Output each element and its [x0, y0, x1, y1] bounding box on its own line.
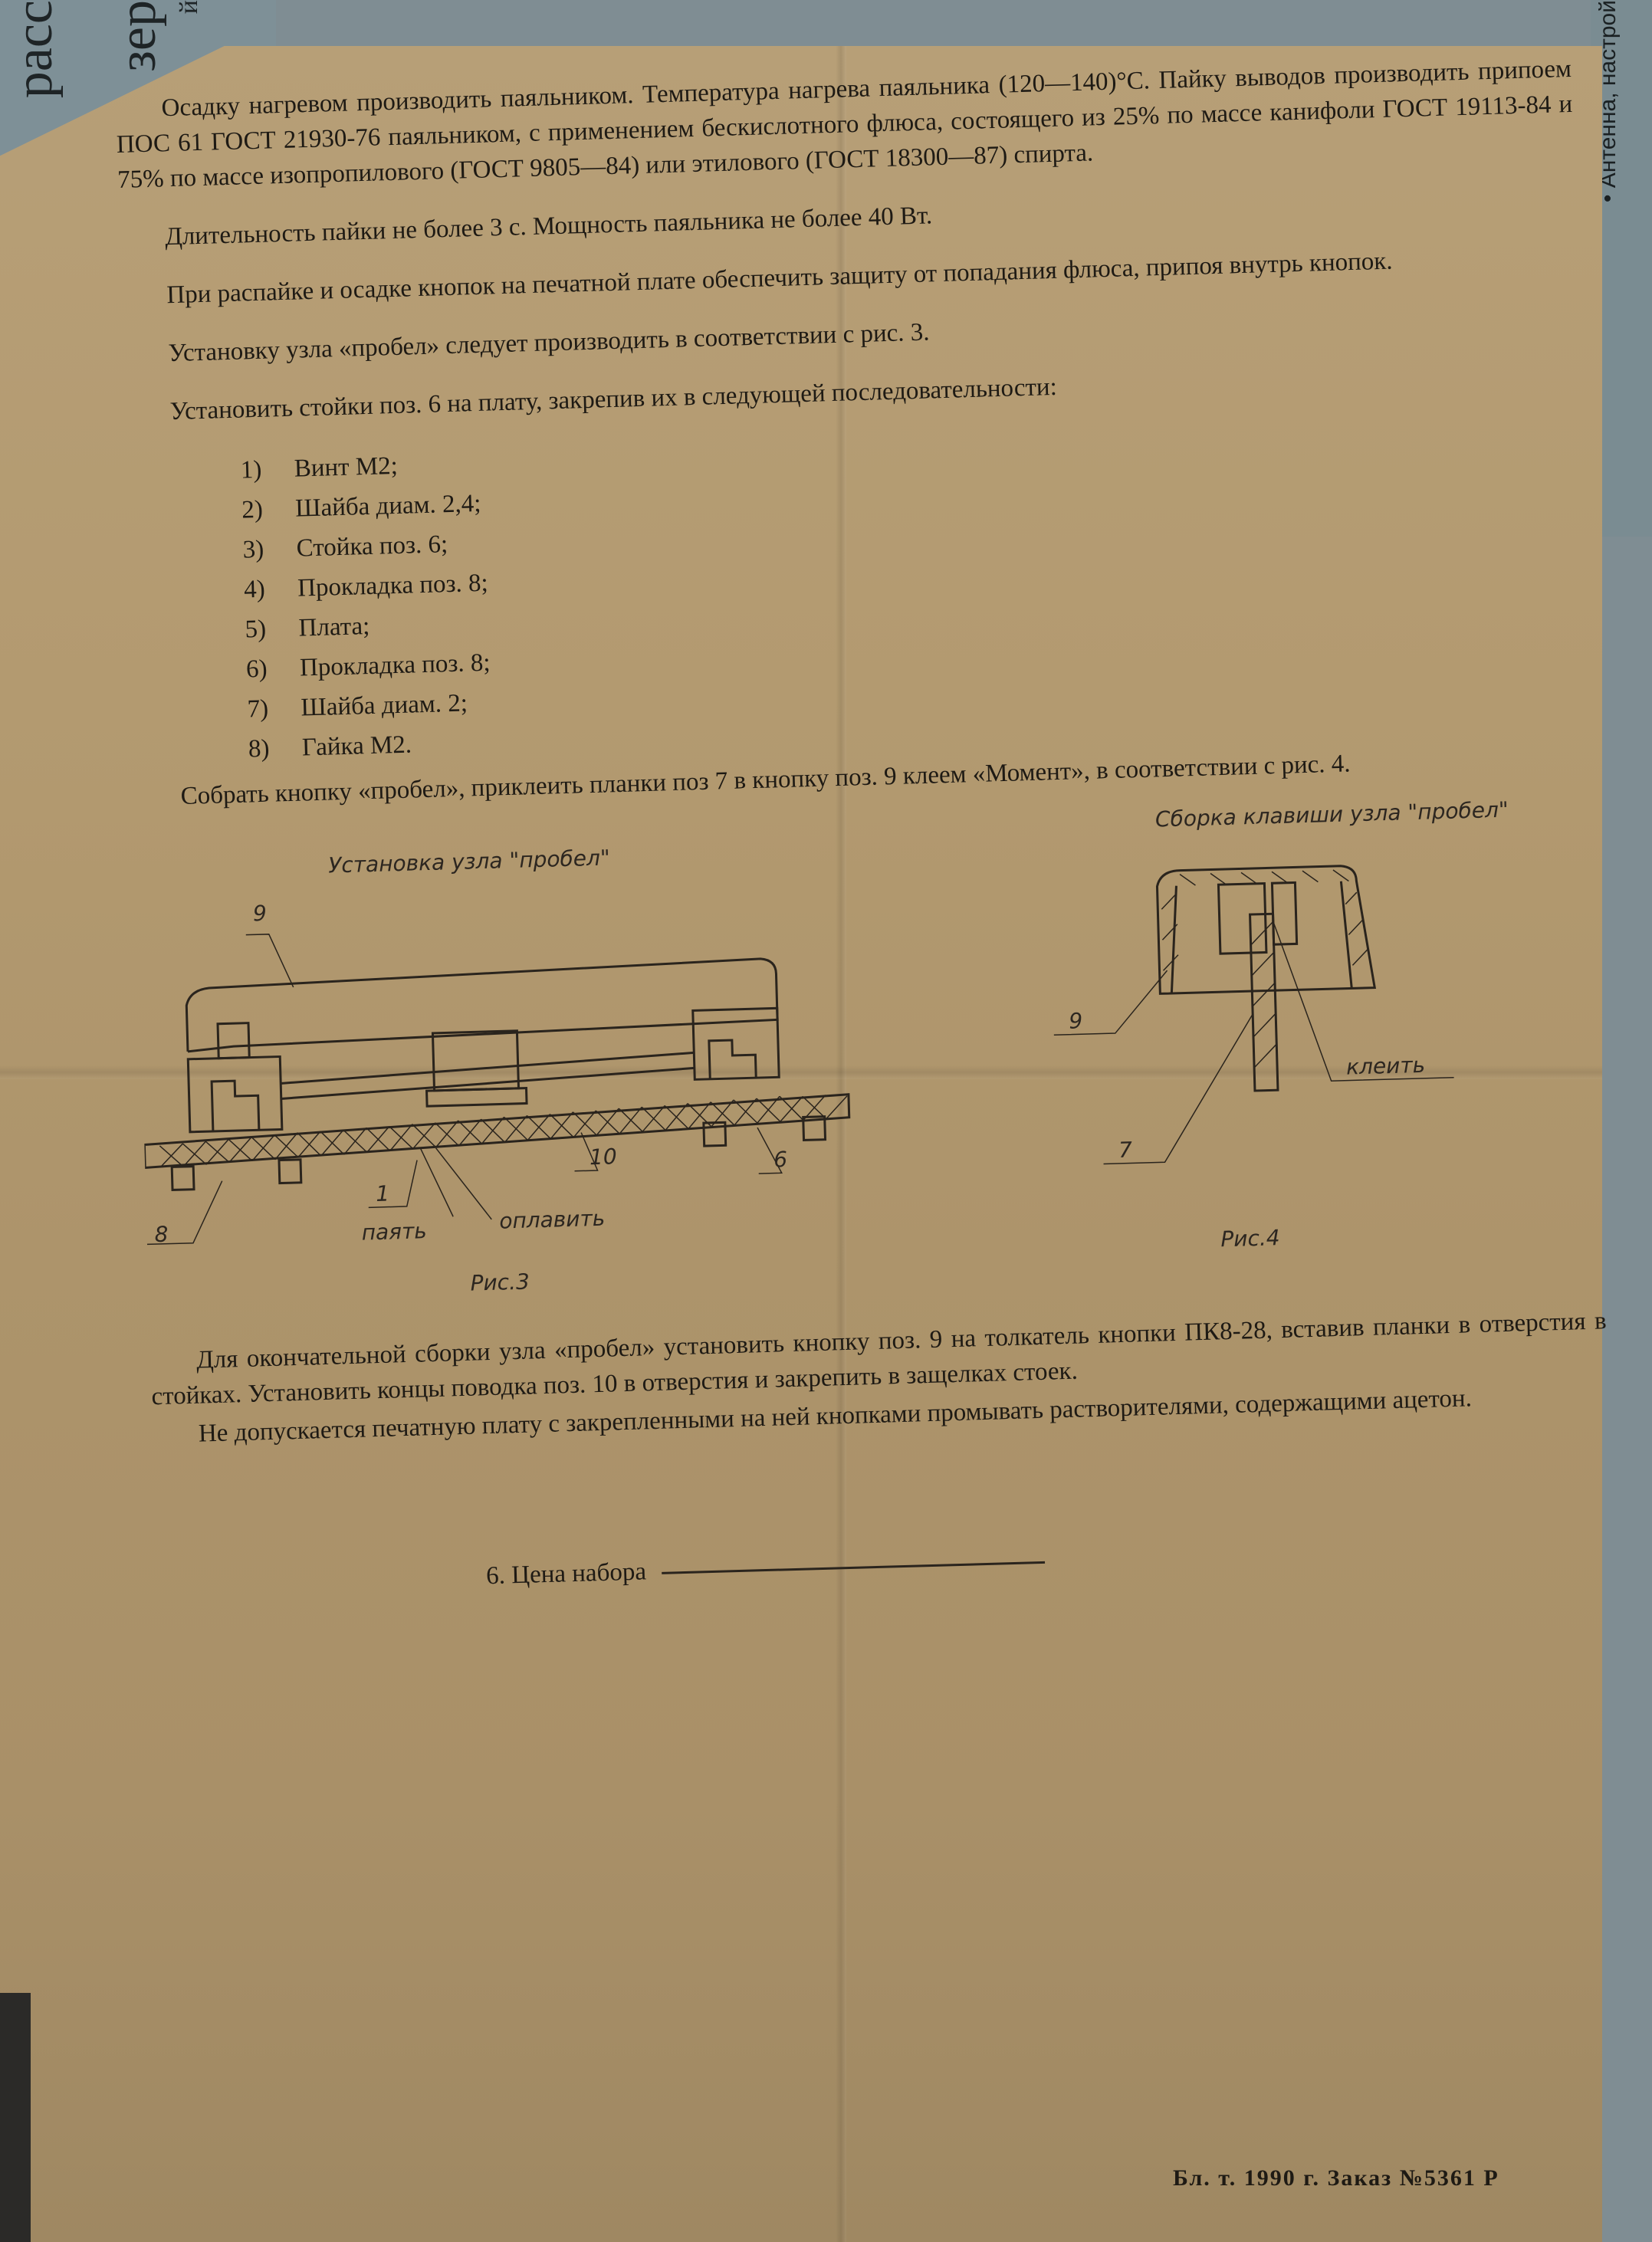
newspaper-text: й	[176, 0, 202, 14]
figure-3-title: Установка узла "пробел"	[328, 840, 611, 883]
figure-3-caption: Рис.3	[470, 1265, 530, 1302]
figure-4-title: Сборка клавиши узла "пробел"	[1154, 793, 1509, 838]
figure-3: Установка узла "пробел"	[136, 825, 915, 1306]
label-pos-9: 9	[1069, 1003, 1083, 1039]
label-solder: паять	[361, 1213, 427, 1250]
newspaper-text: расс	[8, 0, 61, 98]
label-pos-8: 8	[154, 1217, 169, 1252]
sheet-edge-shadow	[0, 1993, 31, 2242]
document-body: Осадку нагревом производить паяльником. …	[115, 51, 1613, 1603]
figures: Установка узла "пробел"	[136, 806, 1605, 1321]
label-pos-10: 10	[589, 1139, 617, 1175]
label-glue: клеить	[1346, 1048, 1426, 1085]
newspaper-text: зер	[111, 0, 165, 72]
figure-4-caption: Рис.4	[1220, 1220, 1280, 1257]
label-pos-1: 1	[376, 1177, 390, 1212]
print-imprint: Бл. т. 1990 г. Заказ №5361 Р	[1173, 2165, 1499, 2191]
price-blank	[662, 1561, 1045, 1574]
figure-4: Сборка клавиши узла "пробел" 9 7 клеить	[1016, 783, 1566, 1273]
price-label: 6. Цена набора	[486, 1558, 647, 1590]
figure-4-drawing	[1018, 829, 1565, 1242]
label-pos-6: 6	[773, 1142, 788, 1177]
assembly-sequence-list: 1)Винт М2; 2)Шайба диам. 2,4; 3)Стойка п…	[240, 413, 1590, 770]
label-pos-7: 7	[1118, 1132, 1132, 1167]
label-pos-9: 9	[252, 896, 267, 931]
label-melt: оплавить	[499, 1201, 606, 1239]
